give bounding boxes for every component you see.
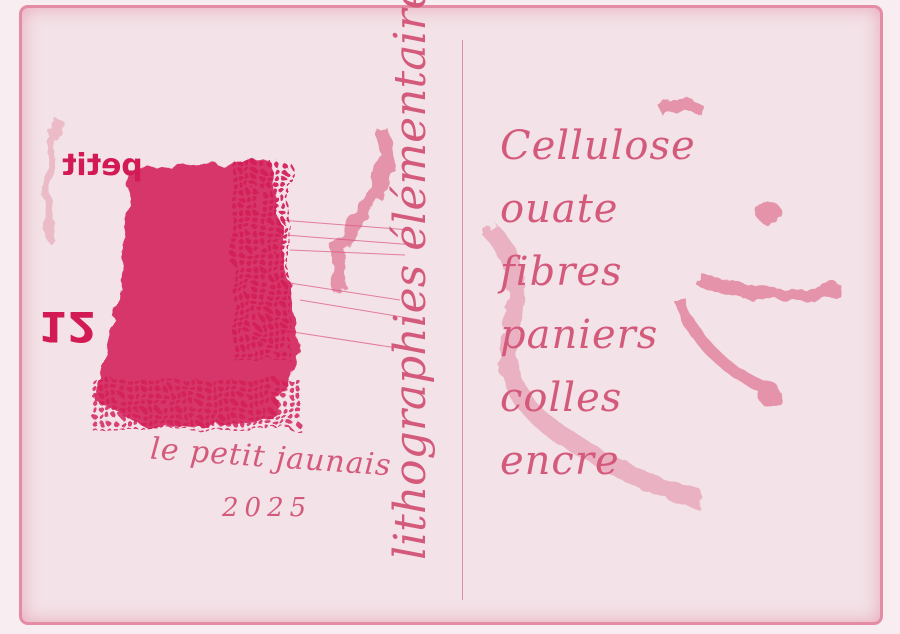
mirrored-number: 12 bbox=[38, 302, 96, 351]
vertical-title: lithographies élémentaires bbox=[385, 0, 436, 560]
word-item: encre bbox=[500, 430, 696, 493]
mirrored-word: petit bbox=[62, 148, 143, 183]
word-item: fibres bbox=[500, 241, 696, 304]
fold-line bbox=[462, 40, 463, 600]
year: 2025 bbox=[222, 493, 312, 523]
word-item: Cellulose bbox=[500, 115, 696, 178]
word-item: ouate bbox=[500, 178, 696, 241]
ink-texture bbox=[0, 0, 900, 634]
halftone-block bbox=[90, 160, 300, 430]
word-item: paniers bbox=[500, 304, 696, 367]
word-item: colles bbox=[500, 367, 696, 430]
word-list: Cellulose ouate fibres paniers colles en… bbox=[500, 115, 696, 493]
